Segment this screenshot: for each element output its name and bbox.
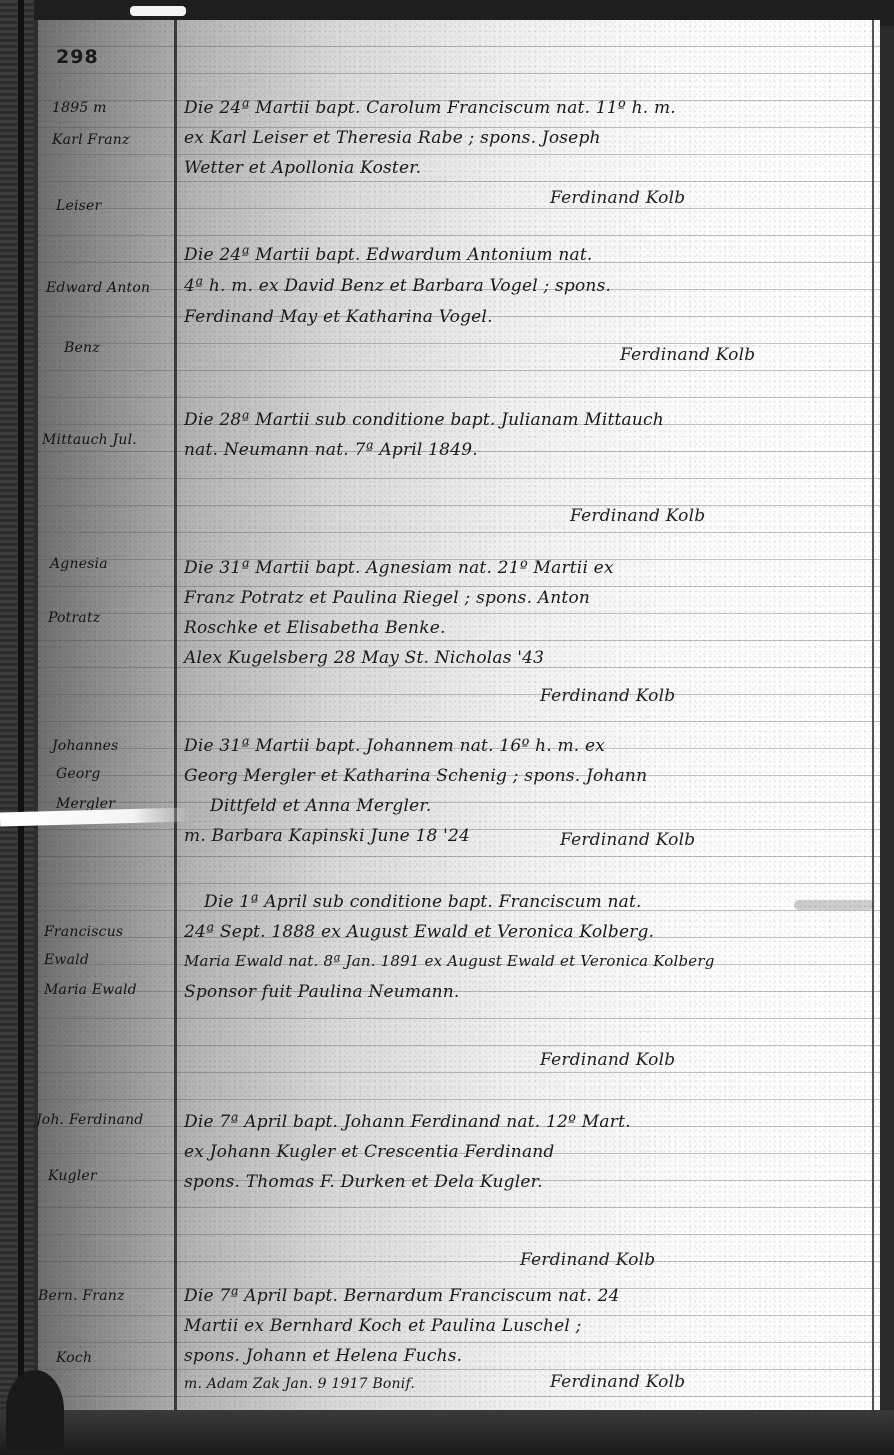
binding-edge <box>18 0 24 1455</box>
margin-note: Bern. Franz <box>38 1288 125 1304</box>
margin-note: Joh. Ferdinand <box>36 1112 143 1128</box>
entry-line: Georg Mergler et Katharina Schenig ; spo… <box>184 766 647 786</box>
margin-note: Karl Franz <box>52 132 130 148</box>
entry-line: Maria Ewald nat. 8ª Jan. 1891 ex August … <box>184 952 715 970</box>
entry-line: Roschke et Elisabetha Benke. <box>184 618 446 638</box>
signature: Ferdinand Kolb <box>550 1372 685 1392</box>
margin-note: Maria Ewald <box>44 982 137 998</box>
entry-line: ex Johann Kugler et Crescentia Ferdinand <box>184 1142 555 1162</box>
annotation-line: m. Barbara Kapinski June 18 '24 <box>184 826 470 846</box>
ruled-lines <box>34 20 880 1415</box>
margin-note: Johannes <box>52 738 119 754</box>
entry-line: spons. Thomas F. Durken et Dela Kugler. <box>184 1172 543 1192</box>
entry-line: Dittfeld et Anna Mergler. <box>210 796 431 816</box>
margin-divider <box>174 20 177 1415</box>
signature: Ferdinand Kolb <box>550 188 685 208</box>
entry-line: Wetter et Apollonia Koster. <box>184 158 421 178</box>
margin-note: Leiser <box>56 198 101 214</box>
register-page: 298 1895 m Karl Franz Leiser Die 24ª Mar… <box>34 20 880 1415</box>
entry-line: Die 1ª April sub conditione bapt. Franci… <box>204 892 642 912</box>
margin-note: Koch <box>56 1350 92 1366</box>
entry-line: Die 31ª Martii bapt. Johannem nat. 16º h… <box>184 736 605 756</box>
margin-note: Benz <box>64 340 100 356</box>
signature: Ferdinand Kolb <box>540 1050 675 1070</box>
signature: Ferdinand Kolb <box>560 830 695 850</box>
entry-line: 24ª Sept. 1888 ex August Ewald et Veroni… <box>184 922 654 942</box>
entry-line: spons. Johann et Helena Fuchs. <box>184 1346 462 1366</box>
signature: Ferdinand Kolb <box>520 1250 655 1270</box>
entry-line: Ferdinand May et Katharina Vogel. <box>184 307 493 327</box>
margin-note: Potratz <box>48 610 100 626</box>
entry-line: Martii ex Bernhard Koch et Paulina Lusch… <box>184 1316 582 1336</box>
entry-line: Die 7ª April bapt. Bernardum Franciscum … <box>184 1286 620 1306</box>
entry-line: Sponsor fuit Paulina Neumann. <box>184 982 459 1002</box>
margin-note: Franciscus <box>44 924 123 940</box>
annotation-line: Alex Kugelsberg 28 May St. Nicholas '43 <box>184 648 544 668</box>
entry-line: nat. Neumann nat. 7ª April 1849. <box>184 440 478 460</box>
entry-line: Die 24ª Martii bapt. Carolum Franciscum … <box>184 98 676 118</box>
entry-line: Die 28ª Martii sub conditione bapt. Juli… <box>184 410 664 430</box>
margin-note: Agnesia <box>50 556 108 572</box>
entry-line: 4ª h. m. ex David Benz et Barbara Vogel … <box>184 276 611 296</box>
page-number: 298 <box>56 46 99 68</box>
signature: Ferdinand Kolb <box>570 506 705 526</box>
entry-line: Die 7ª April bapt. Johann Ferdinand nat.… <box>184 1112 631 1132</box>
entry-line: Franz Potratz et Paulina Riegel ; spons.… <box>184 588 590 608</box>
entry-line: Die 24ª Martii bapt. Edwardum Antonium n… <box>184 245 593 265</box>
scan-border-bottom <box>0 1410 894 1455</box>
page-left-edge <box>34 20 38 1415</box>
annotation-line: m. Adam Zak Jan. 9 1917 Bonif. <box>184 1376 415 1392</box>
book-binding <box>0 0 34 1455</box>
binding-stain <box>6 1370 64 1450</box>
margin-note: Ewald <box>44 952 89 968</box>
entry-line: Die 31ª Martii bapt. Agnesiam nat. 21º M… <box>184 558 614 578</box>
ink-smudge <box>794 900 874 910</box>
entry-line: ex Karl Leiser et Theresia Rabe ; spons.… <box>184 128 601 148</box>
margin-note: Georg <box>56 766 101 782</box>
page-right-edge <box>872 20 874 1415</box>
margin-note: Edward Anton <box>46 280 150 296</box>
signature: Ferdinand Kolb <box>620 345 755 365</box>
signature: Ferdinand Kolb <box>540 686 675 706</box>
scan-tab-mark <box>130 6 186 16</box>
margin-note: 1895 m <box>52 100 107 116</box>
margin-note: Kugler <box>48 1168 97 1184</box>
margin-note: Mittauch Jul. <box>42 432 137 448</box>
